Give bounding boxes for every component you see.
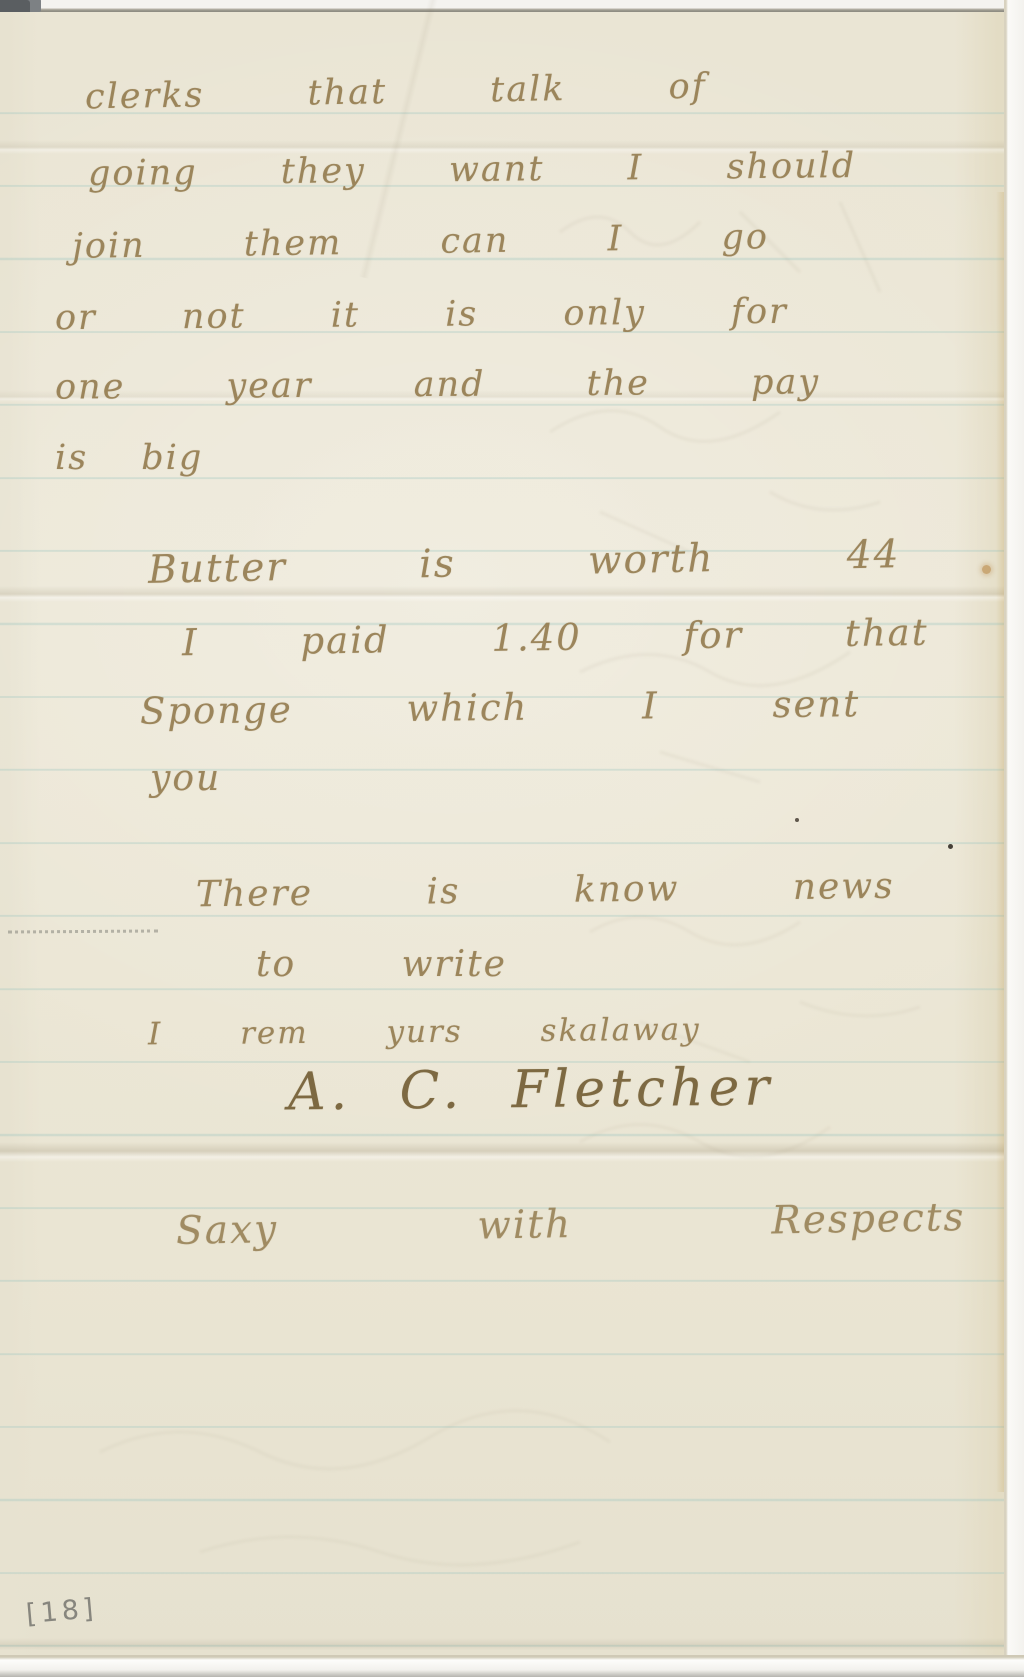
handwritten-line: There is know news <box>196 866 895 916</box>
paper-speck <box>795 818 799 822</box>
ink-stain <box>982 565 991 574</box>
scanned-letter-page: { "letter": { "lines": [ "clerks that ta… <box>0 0 1024 1677</box>
scan-background-bottom <box>0 1655 1024 1677</box>
letter-page: clerks that talk of going they want I sh… <box>0 12 1004 1655</box>
pencil-dash-marks <box>8 923 158 933</box>
handwritten-line: is big <box>55 438 203 478</box>
handwritten-line: Sponge which I sent <box>140 682 861 733</box>
scan-background-top <box>0 0 1024 12</box>
handwritten-line: or not it is only for <box>55 292 788 338</box>
handwritten-line: you <box>150 758 221 799</box>
edge-discoloration <box>996 192 1004 1492</box>
signature: A. C. Fletcher <box>288 1057 775 1122</box>
handwritten-line: one year and the pay <box>55 362 820 407</box>
handwritten-line: I rem yurs skalaway <box>148 1012 701 1053</box>
scan-background-right <box>1004 0 1024 1677</box>
paper-speck <box>948 844 953 849</box>
page-number-annotation: [18] <box>25 1593 99 1630</box>
handwritten-line: going they want I should <box>88 146 857 194</box>
handwritten-line: to write <box>256 944 507 985</box>
